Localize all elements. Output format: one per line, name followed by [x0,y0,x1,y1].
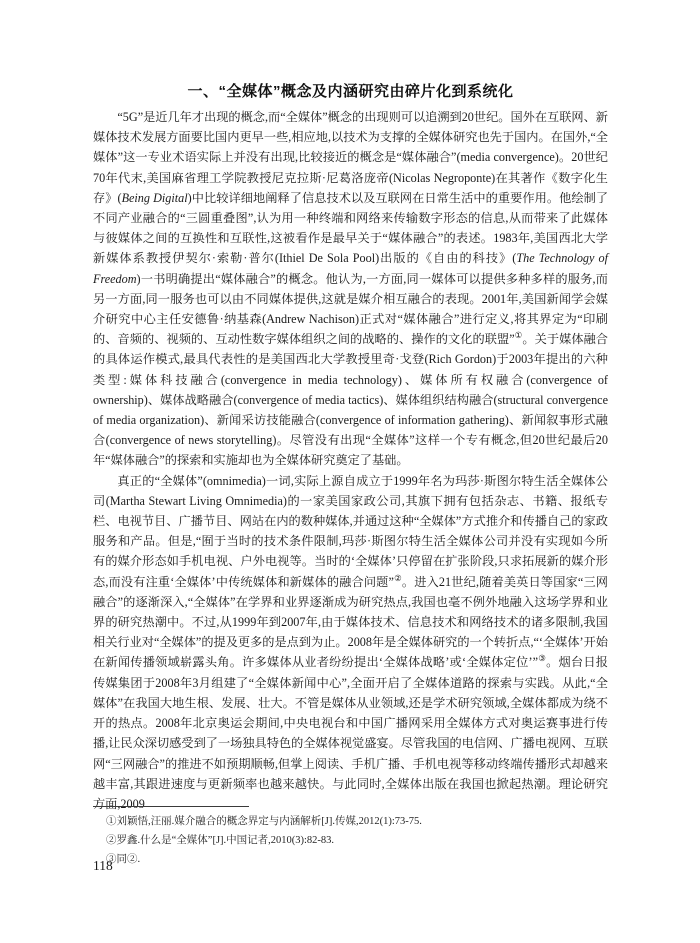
footnote-2: ②罗鑫.什么是“全媒体”[J].中国记者,2010(3):82-83. [93,831,608,850]
document-page: 一、“全媒体”概念及内涵研究由碎片化到系统化 “5G”是近几年才出现的概念,而“… [0,0,700,943]
paragraph-1: “5G”是近几年才出现的概念,而“全媒体”概念的出现则可以追溯到20世纪。国外在… [93,107,608,471]
paragraph-2: 真正的“全媒体”(omnimedia)一词,实际上源自成立于1999年名为玛莎·… [93,471,608,814]
footnote-area: ①刘颖悟,汪丽.媒介融合的概念界定与内涵解析[J].传媒,2012(1):73-… [93,806,608,869]
body-text: “5G”是近几年才出现的概念,而“全媒体”概念的出现则可以追溯到20世纪。国外在… [93,107,608,814]
footnote-1: ①刘颖悟,汪丽.媒介融合的概念界定与内涵解析[J].传媒,2012(1):73-… [93,812,608,831]
footnote-3: ③同②. [93,850,608,869]
page-number: 118 [93,858,113,874]
section-heading: 一、“全媒体”概念及内涵研究由碎片化到系统化 [93,80,608,101]
footnote-separator [93,806,249,807]
